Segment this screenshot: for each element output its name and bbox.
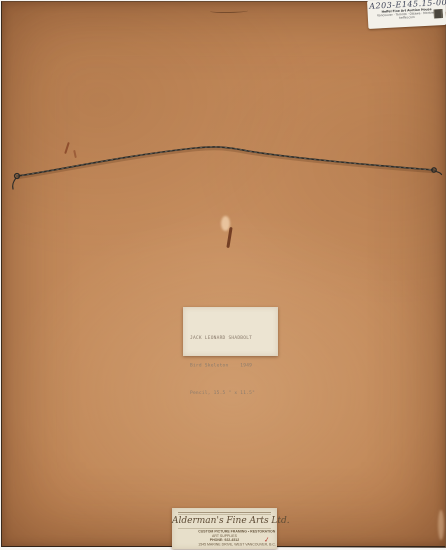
artist-name: JACK LEONARD SHADBOLT <box>190 334 278 343</box>
red-pen-mark: ✓ <box>263 536 270 545</box>
label-rule-top <box>178 512 271 513</box>
wire-tail-right <box>435 171 442 175</box>
artwork-medium-and-size: Pencil, 15.5 " x 11.5" <box>190 389 278 398</box>
hanging-wire <box>0 0 446 550</box>
auction-inventory-sticker: A203-E145.15-001 Heffel Fine Art Auction… <box>367 0 446 29</box>
wire-shadow <box>17 149 434 178</box>
wire-strand <box>17 147 434 176</box>
gallery-address: 1545 MARINE DRIVE, WEST VANCOUVER, B.C. <box>198 543 251 547</box>
wire-tail-left <box>13 178 16 189</box>
artist-label: JACK LEONARD SHADBOLT Bird Skeleton 1949… <box>183 307 278 356</box>
wire-twist-texture <box>17 147 434 176</box>
label-rule-top-2 <box>178 514 271 515</box>
gallery-name: Alderman's Fine Arts Ltd. <box>172 516 277 527</box>
label-rule-mid <box>178 528 271 529</box>
photo-of-frame-back: JACK LEONARD SHADBOLT Bird Skeleton 1949… <box>0 0 446 550</box>
auction-house-logo-icon <box>434 9 443 18</box>
gallery-label: Alderman's Fine Arts Ltd. CUSTOM PICTURE… <box>172 508 277 549</box>
artwork-title-and-year: Bird Skeleton 1949 <box>190 362 278 371</box>
right-edge-smudge <box>438 510 444 540</box>
